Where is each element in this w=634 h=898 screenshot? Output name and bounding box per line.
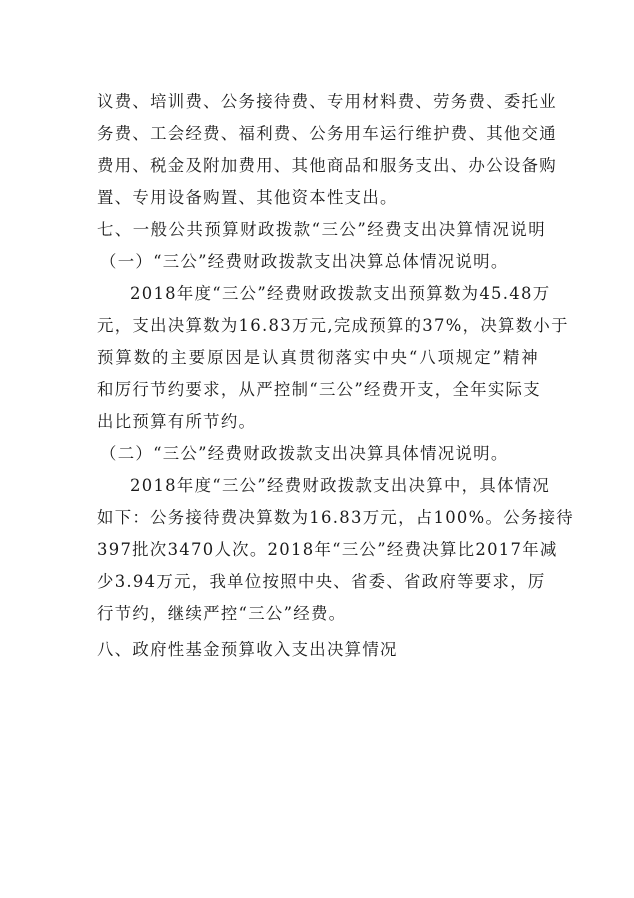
paragraph-line: 和厉行节约要求，从严控制“三公”经费开支，全年实际支: [97, 379, 539, 401]
paragraph-line: 行节约，继续严控“三公”经费。: [97, 603, 539, 625]
section-heading-8: 八、政府性基金预算收入支出决算情况: [97, 639, 539, 661]
paragraph-line: 2018年度“三公”经费财政拨款支出决算中，具体情况: [130, 475, 539, 497]
paragraph-line: 如下：公务接待费决算数为16.83万元，占100%。公务接待: [97, 507, 539, 529]
paragraph-line: 397批次3470人次。2018年“三公”经费决算比2017年减: [97, 539, 539, 561]
paragraph-line: 置、专用设备购置、其他资本性支出。: [97, 187, 539, 209]
paragraph-line: 出比预算有所节约。: [97, 411, 539, 433]
paragraph-line: 费用、税金及附加费用、其他商品和服务支出、办公设备购: [97, 155, 539, 177]
subsection-heading-2: （二）“三公”经费财政拨款支出决算具体情况说明。: [100, 443, 542, 465]
section-heading-7: 七、一般公共预算财政拨款“三公”经费支出决算情况说明: [97, 219, 539, 241]
paragraph-line: 少3.94万元，我单位按照中央、省委、省政府等要求，厉: [97, 571, 539, 593]
document-page: 议费、培训费、公务接待费、专用材料费、劳务费、委托业 务费、工会经费、福利费、公…: [0, 0, 634, 898]
paragraph-line: 预算数的主要原因是认真贯彻落实中央“八项规定”精神: [97, 347, 539, 369]
paragraph-line: 元，支出决算数为16.83万元,完成预算的37%，决算数小于: [97, 315, 539, 337]
paragraph-line: 务费、工会经费、福利费、公务用车运行维护费、其他交通: [97, 123, 539, 145]
subsection-heading-1: （一）“三公”经费财政拨款支出决算总体情况说明。: [100, 251, 542, 273]
paragraph-line: 2018年度“三公”经费财政拨款支出预算数为45.48万: [130, 283, 539, 305]
paragraph-line: 议费、培训费、公务接待费、专用材料费、劳务费、委托业: [97, 91, 539, 113]
